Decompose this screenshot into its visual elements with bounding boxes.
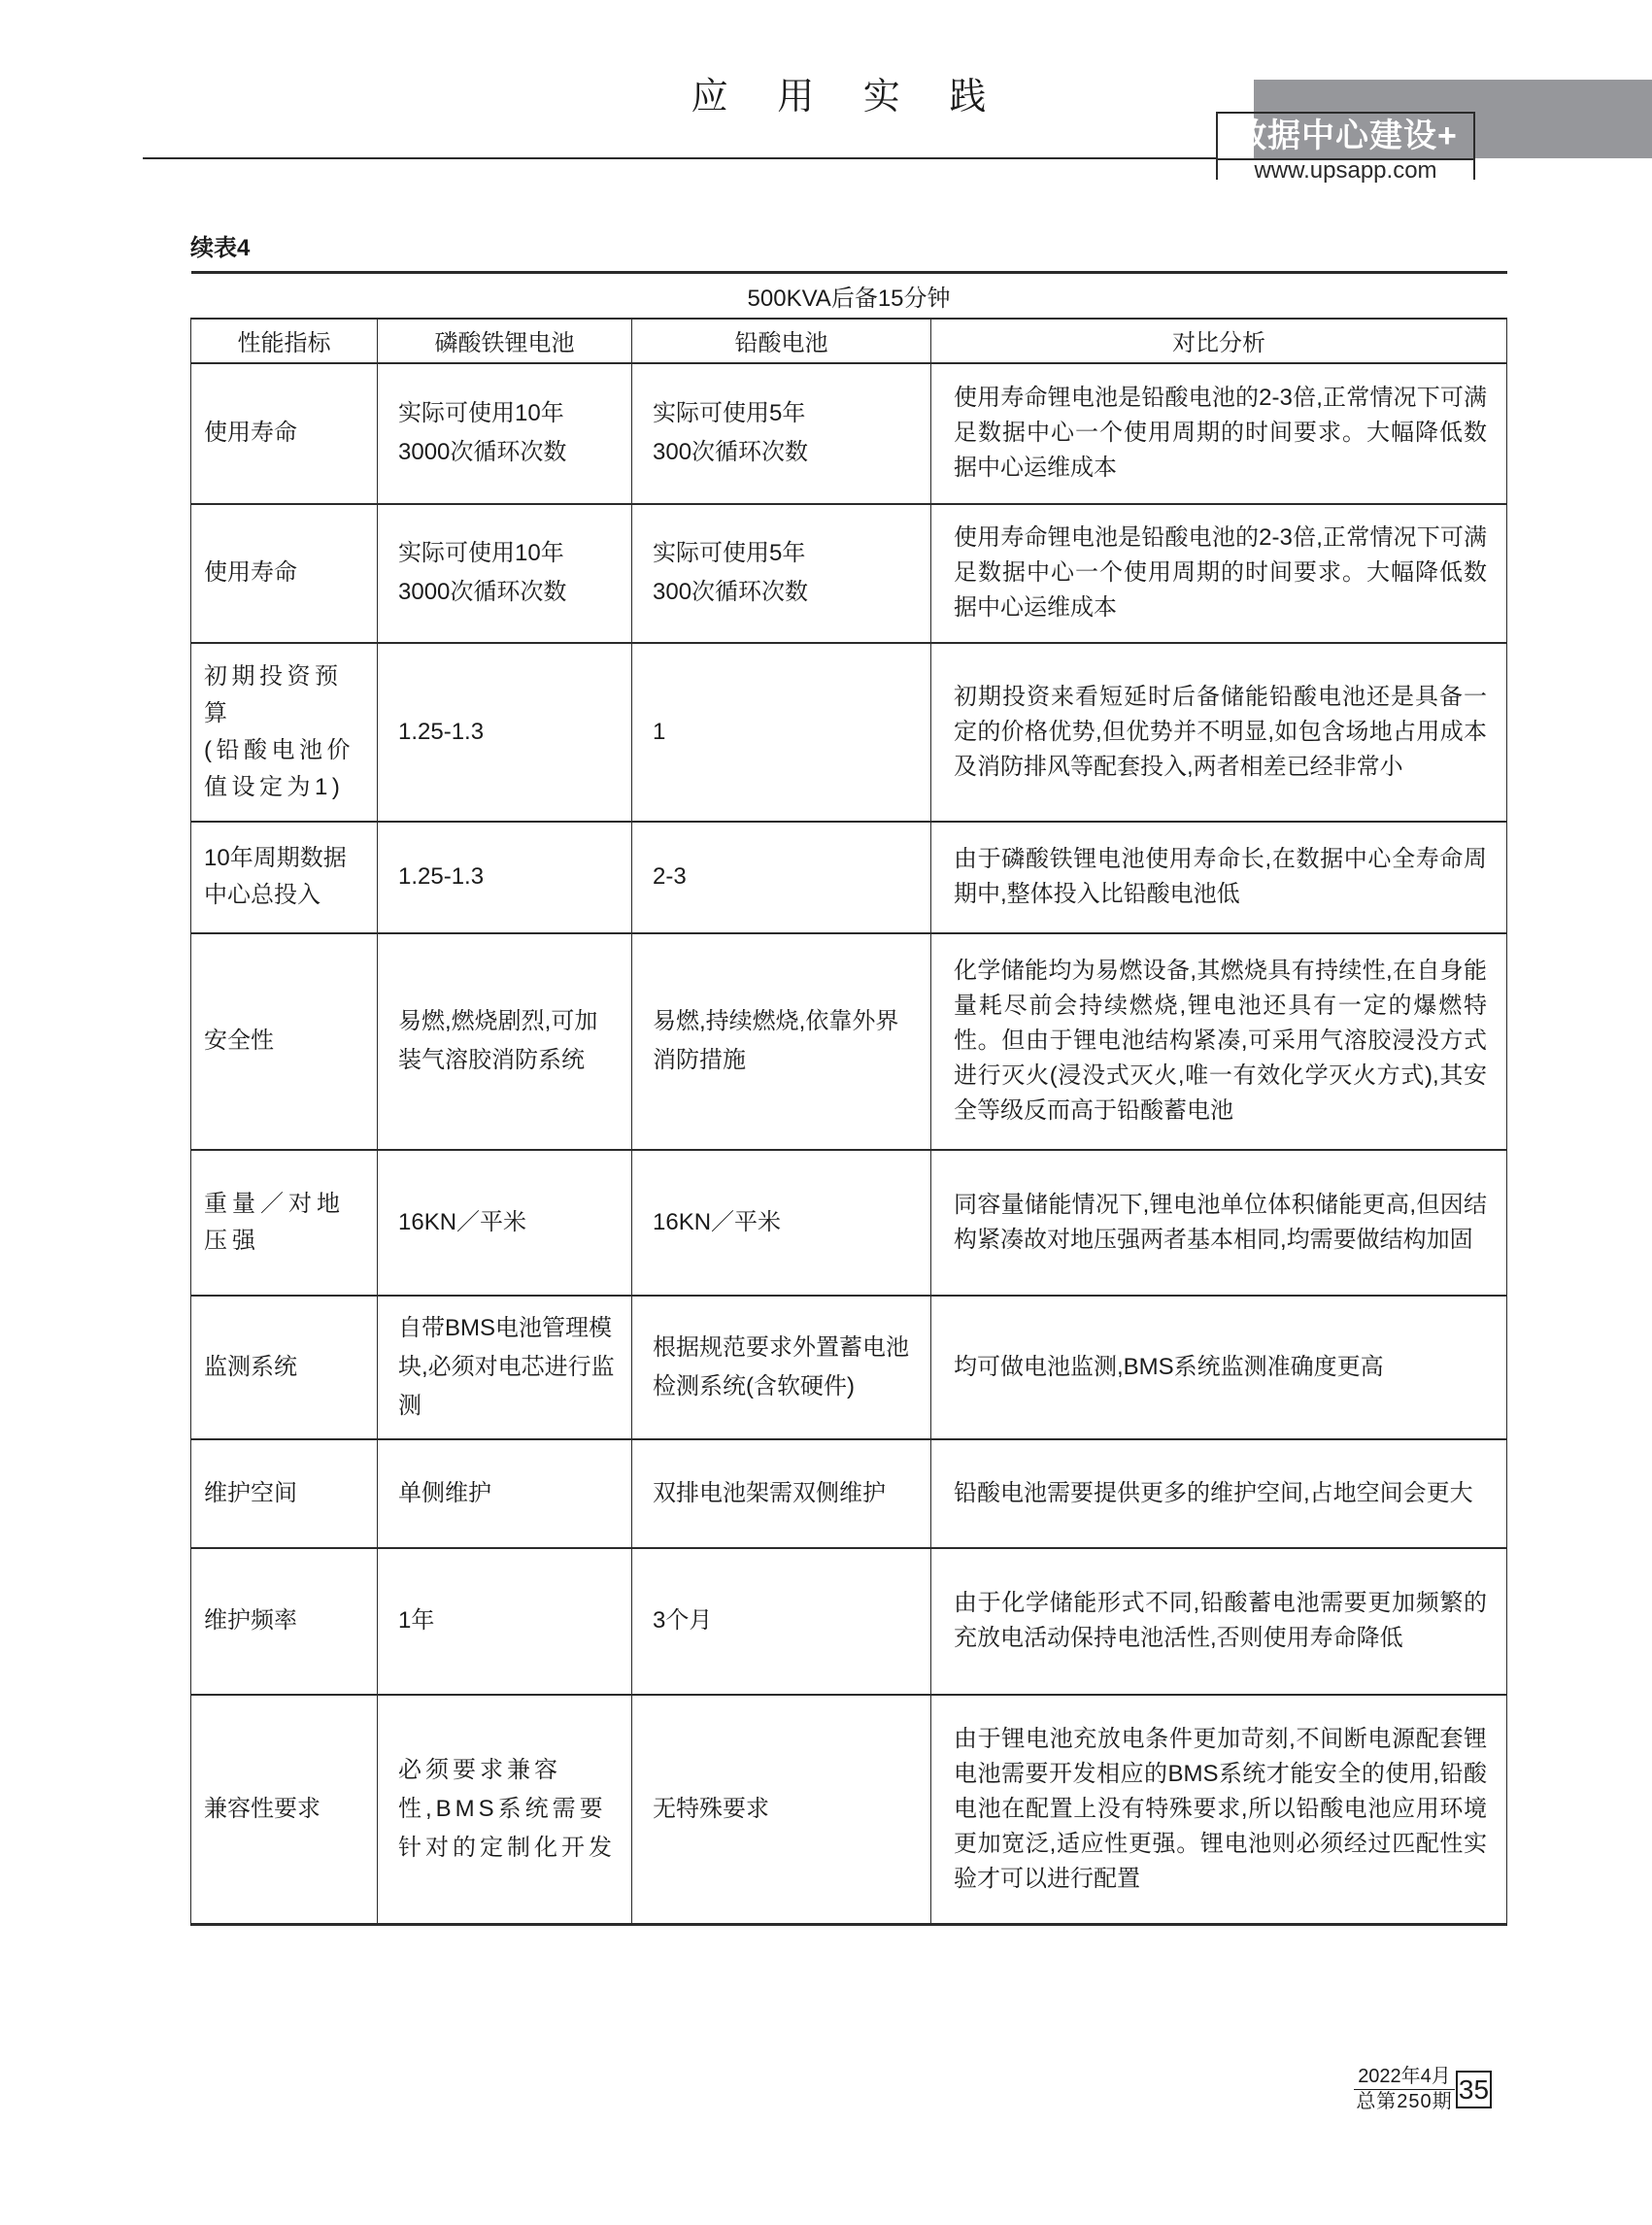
- indicator-cell: 10年周期数据 中心总投入: [191, 822, 378, 933]
- indicator-cell: 监测系统: [191, 1296, 378, 1439]
- analysis-cell: 由于化学储能形式不同,铅酸蓄电池需要更加频繁的充放电活动保持电池活性,否则使用寿…: [931, 1548, 1507, 1695]
- analysis-cell: 化学储能均为易燃设备,其燃烧具有持续性,在自身能量耗尽前会持续燃烧,锂电池还具有…: [931, 933, 1507, 1150]
- column-header-analysis: 对比分析: [931, 319, 1507, 363]
- analysis-cell: 铅酸电池需要提供更多的维护空间,占地空间会更大: [931, 1439, 1507, 1548]
- table-row: 使用寿命实际可使用10年 3000次循环次数实际可使用5年 300次循环次数使用…: [191, 363, 1507, 504]
- issue-info: 2022年4月 总第250期: [1354, 2067, 1455, 2112]
- lifepo4-cell: 单侧维护: [378, 1439, 632, 1548]
- table-body: 使用寿命实际可使用10年 3000次循环次数实际可使用5年 300次循环次数使用…: [191, 363, 1507, 1925]
- analysis-cell: 初期投资来看短延时后备储能铅酸电池还是具备一定的价格优势,但优势并不明显,如包含…: [931, 643, 1507, 822]
- table-group-header-row: 500KVA后备15分钟: [191, 273, 1507, 319]
- table-row: 初期投资预算 (铅酸电池价 值设定为1)1.25-1.31初期投资来看短延时后备…: [191, 643, 1507, 822]
- lifepo4-cell: 实际可使用10年 3000次循环次数: [378, 504, 632, 643]
- indicator-cell: 使用寿命: [191, 504, 378, 643]
- lead-acid-cell: 16KN／平米: [632, 1150, 931, 1296]
- lead-acid-cell: 无特殊要求: [632, 1695, 931, 1925]
- column-header-lifepo4: 磷酸铁锂电池: [378, 319, 632, 363]
- lifepo4-cell: 必须要求兼容性,BMS系统需要针对的定制化开发: [378, 1695, 632, 1925]
- indicator-cell: 兼容性要求: [191, 1695, 378, 1925]
- lead-acid-cell: 实际可使用5年 300次循环次数: [632, 504, 931, 643]
- analysis-cell: 同容量储能情况下,锂电池单位体积储能更高,但因结构紧凑故对地压强两者基本相同,均…: [931, 1150, 1507, 1296]
- lead-acid-cell: 双排电池架需双侧维护: [632, 1439, 931, 1548]
- column-header-indicator: 性能指标: [191, 319, 378, 363]
- analysis-cell: 使用寿命锂电池是铅酸电池的2-3倍,正常情况下可满足数据中心一个使用周期的时间要…: [931, 363, 1507, 504]
- indicator-cell: 安全性: [191, 933, 378, 1150]
- page: 应 用 实 践 数据中心建设+ www.upsapp.com 续表4 500KV…: [0, 0, 1652, 2225]
- table-row: 兼容性要求必须要求兼容性,BMS系统需要针对的定制化开发无特殊要求由于锂电池充放…: [191, 1695, 1507, 1925]
- lead-acid-cell: 1: [632, 643, 931, 822]
- indicator-cell: 初期投资预算 (铅酸电池价 值设定为1): [191, 643, 378, 822]
- table-caption: 续表4: [190, 228, 250, 262]
- analysis-cell: 由于磷酸铁锂电池使用寿命长,在数据中心全寿命周期中,整体投入比铅酸电池低: [931, 822, 1507, 933]
- analysis-cell: 使用寿命锂电池是铅酸电池的2-3倍,正常情况下可满足数据中心一个使用周期的时间要…: [931, 504, 1507, 643]
- column-header-lead-acid: 铅酸电池: [632, 319, 931, 363]
- lifepo4-cell: 1.25-1.3: [378, 643, 632, 822]
- indicator-cell: 维护频率: [191, 1548, 378, 1695]
- comparison-table: 500KVA后备15分钟 性能指标 磷酸铁锂电池 铅酸电池 对比分析 使用寿命实…: [190, 271, 1507, 1926]
- lead-acid-cell: 根据规范要求外置蓄电池检测系统(含软硬件): [632, 1296, 931, 1439]
- lifepo4-cell: 实际可使用10年 3000次循环次数: [378, 363, 632, 504]
- lifepo4-cell: 易燃,燃烧剧烈,可加装气溶胶消防系统: [378, 933, 632, 1150]
- table-row: 维护空间单侧维护双排电池架需双侧维护铅酸电池需要提供更多的维护空间,占地空间会更…: [191, 1439, 1507, 1548]
- indicator-cell: 使用寿命: [191, 363, 378, 504]
- table-row: 安全性易燃,燃烧剧烈,可加装气溶胶消防系统易燃,持续燃烧,依靠外界消防措施化学储…: [191, 933, 1507, 1150]
- table-row: 使用寿命实际可使用10年 3000次循环次数实际可使用5年 300次循环次数使用…: [191, 504, 1507, 643]
- analysis-cell: 均可做电池监测,BMS系统监测准确度更高: [931, 1296, 1507, 1439]
- issue-date: 2022年4月: [1354, 2067, 1455, 2090]
- lead-acid-cell: 2-3: [632, 822, 931, 933]
- indicator-cell: 重量／对地 压强: [191, 1150, 378, 1296]
- lifepo4-cell: 自带BMS电池管理模块,必须对电芯进行监测: [378, 1296, 632, 1439]
- lifepo4-cell: 16KN／平米: [378, 1150, 632, 1296]
- lifepo4-cell: 1年: [378, 1548, 632, 1695]
- lead-acid-cell: 3个月: [632, 1548, 931, 1695]
- table-header-row: 性能指标 磷酸铁锂电池 铅酸电池 对比分析: [191, 319, 1507, 363]
- analysis-cell: 由于锂电池充放电条件更加苛刻,不间断电源配套锂电池需要开发相应的BMS系统才能安…: [931, 1695, 1507, 1925]
- table-group-header: 500KVA后备15分钟: [191, 273, 1507, 319]
- table-row: 维护频率1年3个月由于化学储能形式不同,铅酸蓄电池需要更加频繁的充放电活动保持电…: [191, 1548, 1507, 1695]
- table-row: 重量／对地 压强16KN／平米16KN／平米同容量储能情况下,锂电池单位体积储能…: [191, 1150, 1507, 1296]
- table-row: 监测系统自带BMS电池管理模块,必须对电芯进行监测根据规范要求外置蓄电池检测系统…: [191, 1296, 1507, 1439]
- page-number: 35: [1456, 2071, 1492, 2108]
- lifepo4-cell: 1.25-1.3: [378, 822, 632, 933]
- indicator-cell: 维护空间: [191, 1439, 378, 1548]
- logo-url: www.upsapp.com: [1218, 158, 1473, 180]
- lead-acid-cell: 实际可使用5年 300次循环次数: [632, 363, 931, 504]
- logo-title: 数据中心建设+: [1218, 114, 1473, 158]
- issue-number: 总第250期: [1354, 2090, 1455, 2112]
- header-rule: [143, 157, 1216, 159]
- lead-acid-cell: 易燃,持续燃烧,依靠外界消防措施: [632, 933, 931, 1150]
- table-row: 10年周期数据 中心总投入1.25-1.32-3由于磷酸铁锂电池使用寿命长,在数…: [191, 822, 1507, 933]
- magazine-logo: 数据中心建设+ www.upsapp.com: [1216, 112, 1475, 180]
